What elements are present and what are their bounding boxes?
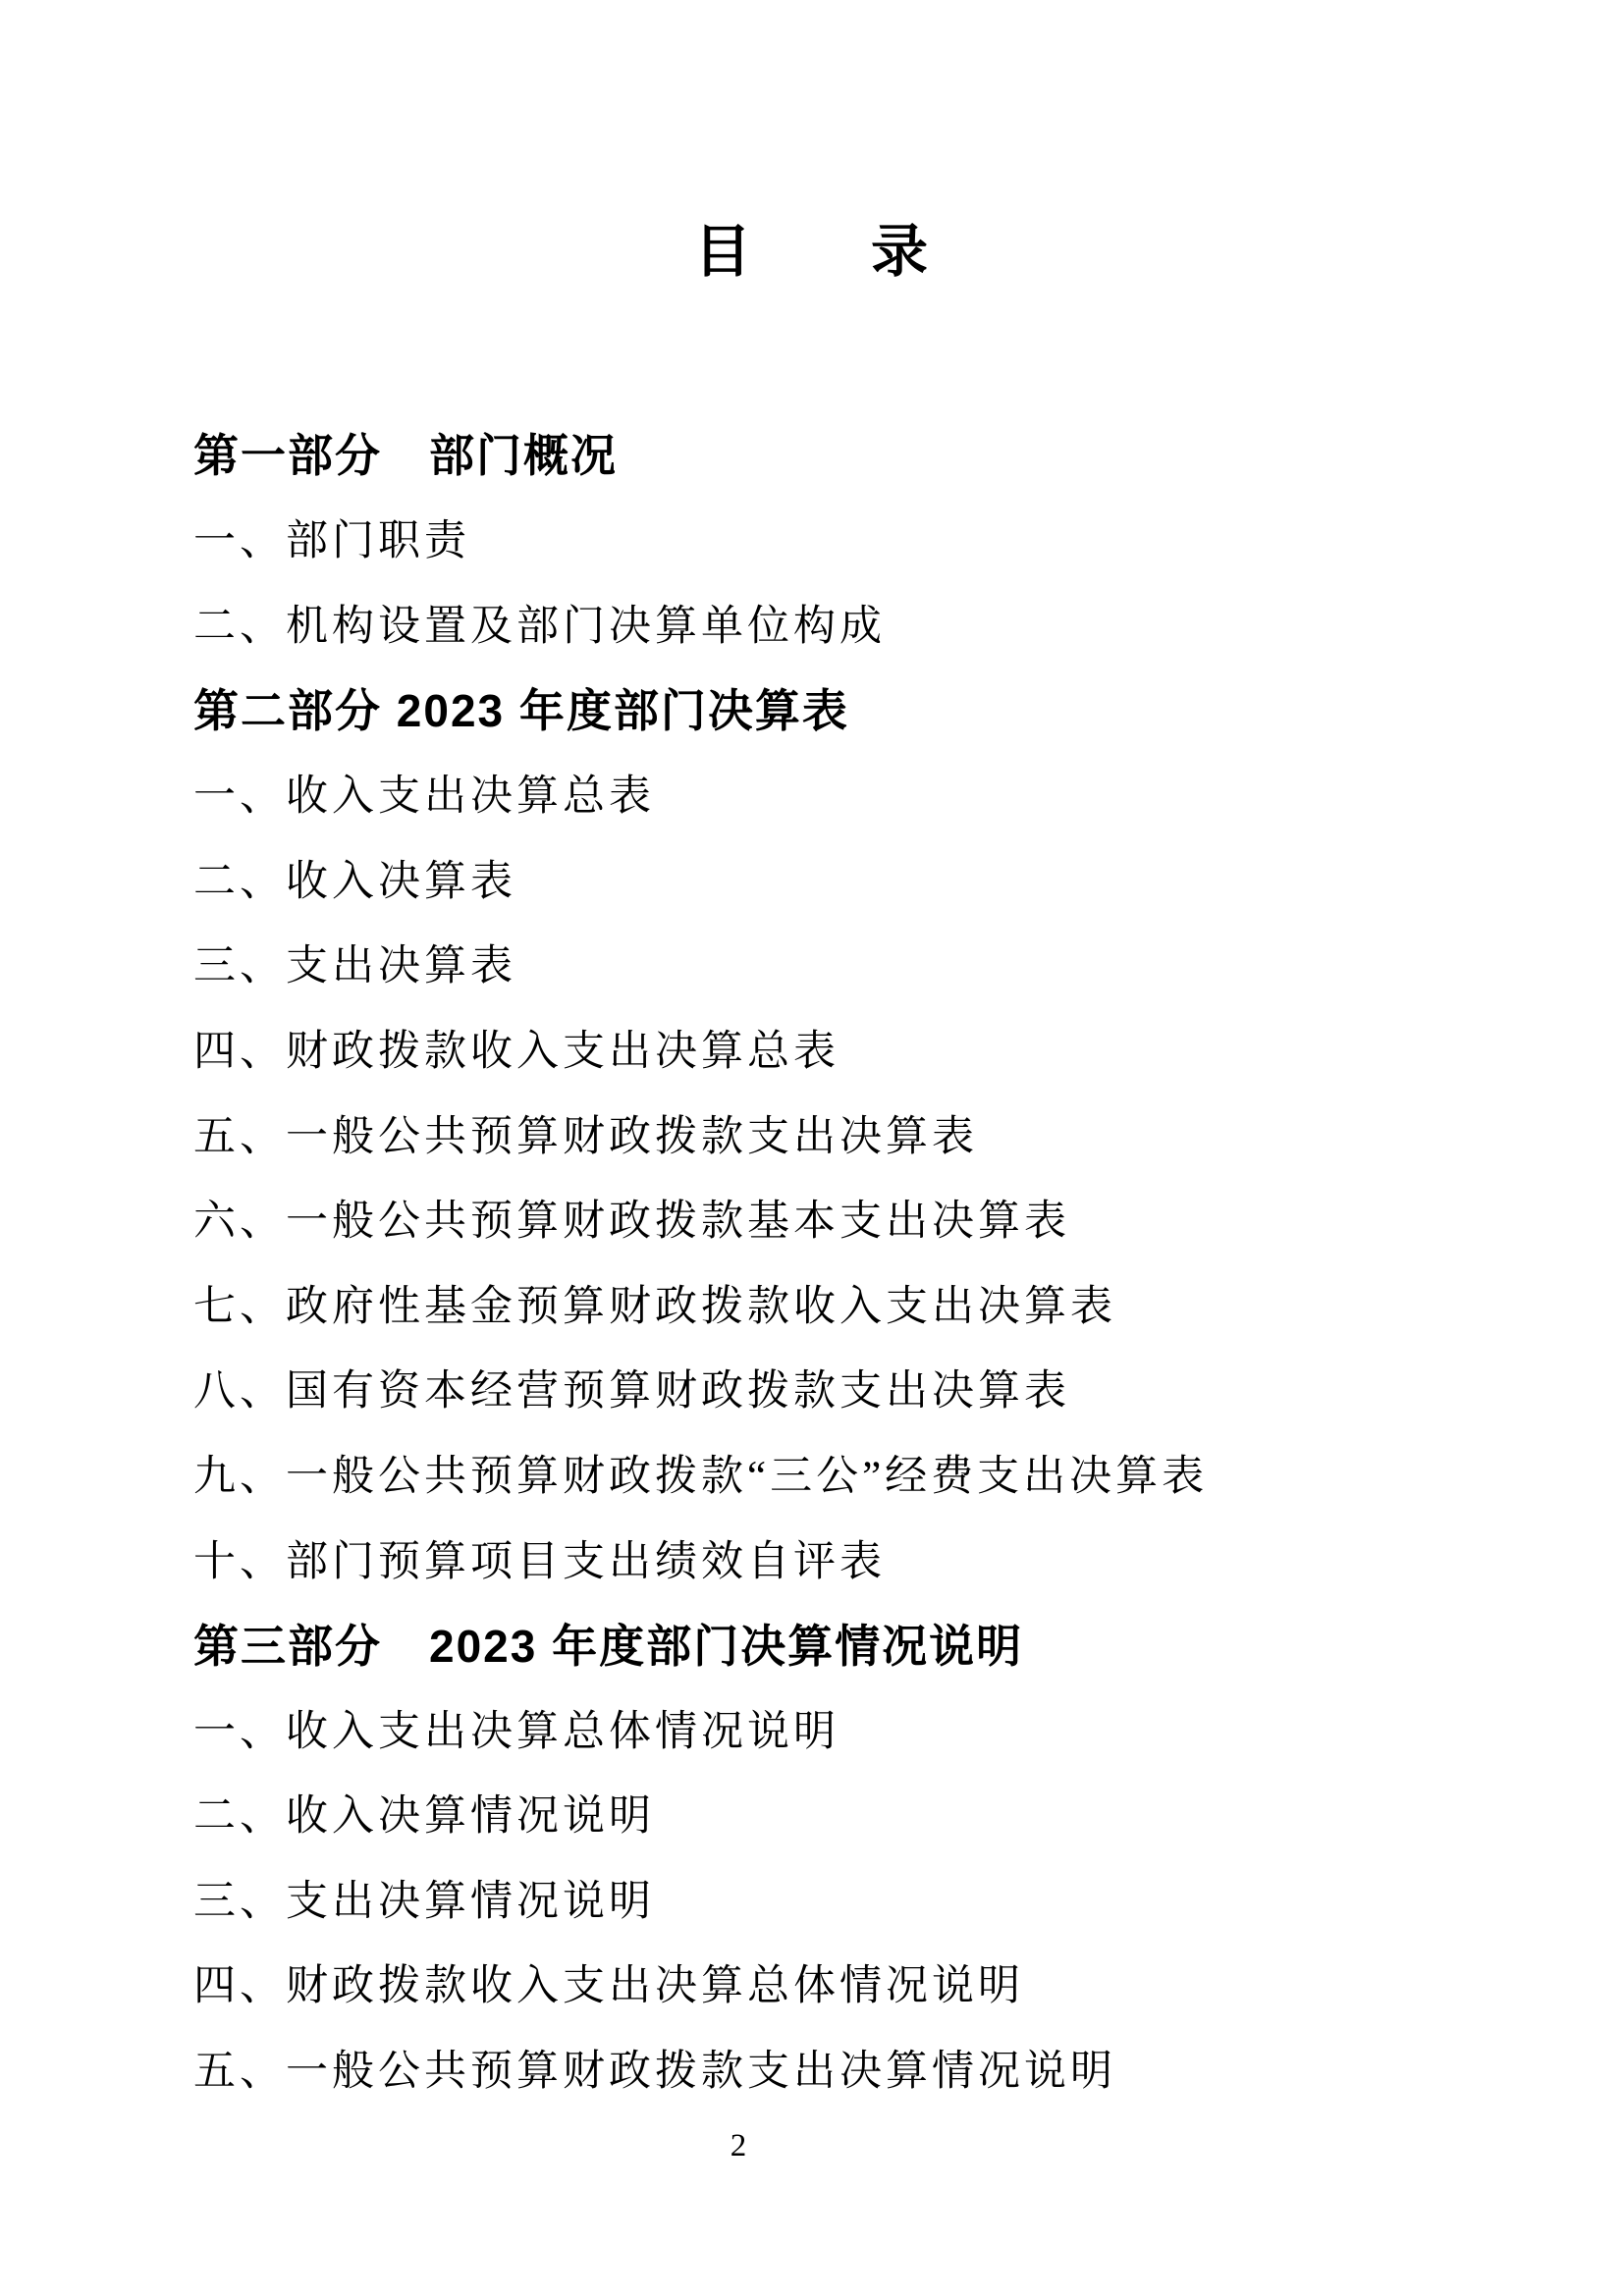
- toc-entry: 十、部门预算项目支出绩效自评表: [193, 1516, 1565, 1601]
- toc-entry: 九、一般公共预算财政拨款“三公”经费支出决算表: [193, 1430, 1565, 1516]
- toc-list: 第一部分 部门概况 一、部门职责 二、机构设置及部门决算单位构成 第二部分 20…: [193, 410, 1565, 2110]
- toc-entry: 四、财政拨款收入支出决算总体情况说明: [193, 1941, 1565, 2026]
- toc-entry: 二、收入决算情况说明: [193, 1771, 1565, 1856]
- toc-entry: 五、一般公共预算财政拨款支出决算表: [193, 1091, 1565, 1176]
- toc-entry: 一、部门职责: [193, 496, 1565, 581]
- toc-entry: 七、政府性基金预算财政拨款收入支出决算表: [193, 1260, 1565, 1346]
- toc-entry: 二、收入决算表: [193, 835, 1565, 921]
- toc-entry: 三、支出决算表: [193, 921, 1565, 1006]
- toc-section-heading-part3: 第三部分 2023 年度部门决算情况说明: [193, 1600, 1565, 1685]
- toc-entry: 二、机构设置及部门决算单位构成: [193, 580, 1565, 666]
- toc-entry: 四、财政拨款收入支出决算总表: [193, 1005, 1565, 1091]
- toc-section-heading-part1: 第一部分 部门概况: [193, 410, 1565, 496]
- toc-entry: 八、国有资本经营预算财政拨款支出决算表: [193, 1346, 1565, 1431]
- page-number: 2: [731, 2130, 747, 2163]
- toc-entry: 六、一般公共预算财政拨款基本支出决算表: [193, 1175, 1565, 1260]
- toc-entry: 五、一般公共预算财政拨款支出决算情况说明: [193, 2025, 1565, 2110]
- toc-entry: 三、支出决算情况说明: [193, 1855, 1565, 1941]
- toc-entry: 一、收入支出决算总体情况说明: [193, 1685, 1565, 1771]
- toc-entry: 一、收入支出决算总表: [193, 750, 1565, 835]
- document-page: 目 录 第一部分 部门概况 一、部门职责 二、机构设置及部门决算单位构成 第二部…: [0, 0, 1624, 2296]
- toc-section-heading-part2: 第二部分 2023 年度部门决算表: [193, 666, 1565, 751]
- document-title: 目 录: [0, 224, 1624, 281]
